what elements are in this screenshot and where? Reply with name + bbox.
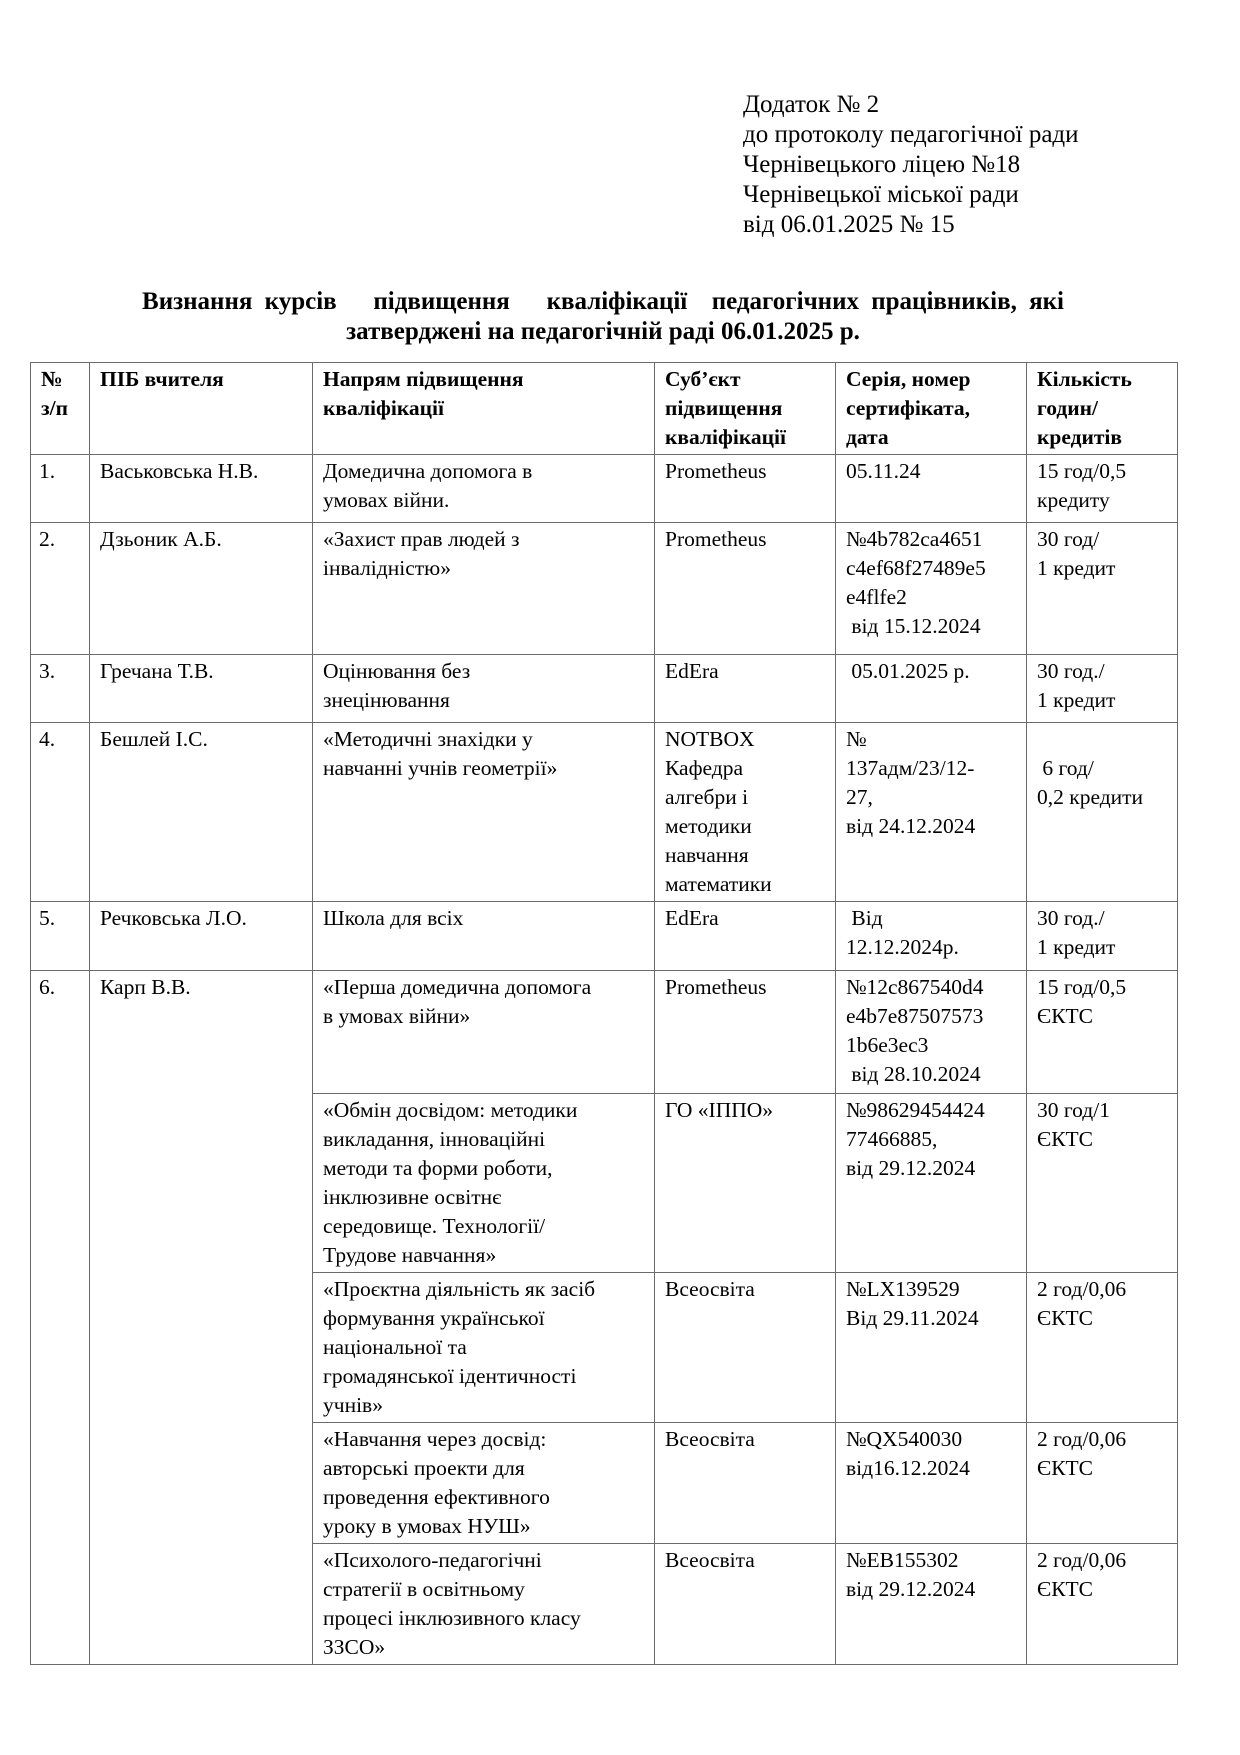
header-provider: Суб’єктпідвищеннякваліфікації — [655, 363, 836, 455]
cell-direction: «Обмін досвідом: методикивикладання, інн… — [313, 1094, 655, 1273]
cell-line: від 29.12.2024 — [846, 1575, 1016, 1604]
cell-line: «Проєктна діяльність як засіб — [323, 1275, 644, 1304]
cell-line: №LX139529 — [846, 1275, 1016, 1304]
cell-direction: «Навчання через досвід:авторські проекти… — [313, 1423, 655, 1544]
cell-line: №QX540030 — [846, 1425, 1016, 1454]
cell-line: № — [41, 365, 79, 394]
cell-line: Школа для всіх — [323, 904, 644, 933]
cell-line: Напрям підвищення — [323, 365, 644, 394]
cell-line: NOTBOX — [665, 725, 825, 754]
cell-teacher: Гречана Т.В. — [90, 655, 313, 723]
cell-direction: «Проєктна діяльність як засібформування … — [313, 1273, 655, 1423]
courses-table: №з/п ПІБ вчителя Напрям підвищеннякваліф… — [30, 362, 1178, 1665]
cell-line: 30 год./ — [1037, 657, 1167, 686]
cell-line: 77466885, — [846, 1125, 1016, 1154]
cell-line: №EB155302 — [846, 1546, 1016, 1575]
cell-line: 30 год./ — [1037, 904, 1167, 933]
cell-line: методики — [665, 812, 825, 841]
cell-line: знецінювання — [323, 686, 644, 715]
cell-num: 5. — [31, 902, 90, 971]
cell-line: 1 кредит — [1037, 686, 1167, 715]
cell-line: 1b6e3ec3 — [846, 1031, 1016, 1060]
cell-num: 6. — [31, 971, 90, 1665]
cell-line: «Перша домедична допомога — [323, 973, 644, 1002]
cell-line: «Методичні знахідки у — [323, 725, 644, 754]
cell-line: викладання, інноваційні — [323, 1125, 644, 1154]
cell-line: 137адм/23/12- — [846, 754, 1016, 783]
cell-line: 30 год/ — [1037, 525, 1167, 554]
cell-line: EdEra — [665, 904, 825, 933]
cell-line: від 28.10.2024 — [846, 1060, 1016, 1089]
cell-line: від 29.12.2024 — [846, 1154, 1016, 1183]
cell-line: № — [846, 725, 1016, 754]
cell-num: 2. — [31, 523, 90, 655]
cell-line: національної та — [323, 1333, 644, 1362]
cell-certificate: 05.01.2025 р. — [836, 655, 1027, 723]
cell-line: кваліфікації — [323, 394, 644, 423]
cell-line: Трудове навчання» — [323, 1241, 644, 1270]
cell-line: алгебри і — [665, 783, 825, 812]
addendum-header: Додаток № 2 до протоколу педагогічної ра… — [743, 90, 1079, 240]
table-header-row: №з/п ПІБ вчителя Напрям підвищеннякваліф… — [31, 363, 1178, 455]
cell-line: в умовах війни» — [323, 1002, 644, 1031]
cell-line: Всеосвіта — [665, 1546, 825, 1575]
cell-line: ЄКТС — [1037, 1575, 1167, 1604]
cell-hours: 2 год/0,06ЄКТС — [1027, 1423, 1178, 1544]
cell-num: 4. — [31, 723, 90, 902]
title-line-2: затверджені на педагогічній раді 06.01.2… — [30, 317, 1176, 347]
cell-line: процесі інклюзивного класу — [323, 1604, 644, 1633]
cell-teacher: Речковська Л.О. — [90, 902, 313, 971]
cell-line: №98629454424 — [846, 1096, 1016, 1125]
cell-line: 30 год/1 — [1037, 1096, 1167, 1125]
header-direction: Напрям підвищеннякваліфікації — [313, 363, 655, 455]
cell-line: Від — [846, 904, 1016, 933]
cell-line: інвалідністю» — [323, 554, 644, 583]
cell-line: кваліфікації — [665, 423, 825, 452]
cell-line: Суб’єкт — [665, 365, 825, 394]
cell-provider: NOTBOXКафедраалгебри іметодикинавчанняма… — [655, 723, 836, 902]
cell-line: 2 год/0,06 — [1037, 1425, 1167, 1454]
cell-hours: 15 год/0,5кредиту — [1027, 455, 1178, 523]
table-row: 2.Дзьоник А.Б.«Захист прав людей зінвалі… — [31, 523, 1178, 655]
title-line-1: Визнання курсів підвищення кваліфікації … — [30, 287, 1176, 317]
cell-line: Кафедра — [665, 754, 825, 783]
addendum-line: до протоколу педагогічної ради — [743, 120, 1079, 150]
cell-line: EdEra — [665, 657, 825, 686]
table-row: 6.Карп В.В.«Перша домедична допомогав ум… — [31, 971, 1178, 1094]
document-title: Визнання курсів підвищення кваліфікації … — [30, 287, 1176, 347]
cell-provider: EdEra — [655, 655, 836, 723]
table-row: 5.Речковська Л.О.Школа для всіхEdEra Від… — [31, 902, 1178, 971]
cell-line: формування української — [323, 1304, 644, 1333]
cell-hours: 2 год/0,06ЄКТС — [1027, 1273, 1178, 1423]
cell-hours: 30 год/1 кредит — [1027, 523, 1178, 655]
cell-hours: 30 год./1 кредит — [1027, 655, 1178, 723]
cell-line: годин/ — [1037, 394, 1167, 423]
table-row: 1.Васьковська Н.В.Домедична допомога вум… — [31, 455, 1178, 523]
cell-hours: 6 год/0,2 кредити — [1027, 723, 1178, 902]
cell-line: авторські проекти для — [323, 1454, 644, 1483]
cell-line: Prometheus — [665, 525, 825, 554]
cell-certificate: №EB155302від 29.12.2024 — [836, 1544, 1027, 1665]
cell-line: 15 год/0,5 — [1037, 973, 1167, 1002]
cell-provider: Prometheus — [655, 523, 836, 655]
cell-direction: «Перша домедична допомогав умовах війни» — [313, 971, 655, 1094]
cell-teacher: Карп В.В. — [90, 971, 313, 1665]
cell-num: 3. — [31, 655, 90, 723]
cell-line: 6 год/ — [1037, 754, 1167, 783]
cell-provider: ГО «ІППО» — [655, 1094, 836, 1273]
table-body: 1.Васьковська Н.В.Домедична допомога вум… — [31, 455, 1178, 1665]
cell-hours: 30 год/1ЄКТС — [1027, 1094, 1178, 1273]
table-row: 4.Бешлей І.С.«Методичні знахідки унавчан… — [31, 723, 1178, 902]
cell-line: 2 год/0,06 — [1037, 1275, 1167, 1304]
cell-line: ЄКТС — [1037, 1454, 1167, 1483]
cell-hours: 2 год/0,06ЄКТС — [1027, 1544, 1178, 1665]
cell-line: 1 кредит — [1037, 933, 1167, 962]
cell-line: ЄКТС — [1037, 1002, 1167, 1031]
cell-certificate: Від12.12.2024р. — [836, 902, 1027, 971]
cell-line — [1037, 725, 1167, 754]
cell-line: від16.12.2024 — [846, 1454, 1016, 1483]
cell-line: «Навчання через досвід: — [323, 1425, 644, 1454]
cell-line: від 24.12.2024 — [846, 812, 1016, 841]
cell-line: 2 год/0,06 — [1037, 1546, 1167, 1575]
cell-line: «Психолого-педагогічні — [323, 1546, 644, 1575]
cell-line: громадянської ідентичності — [323, 1362, 644, 1391]
cell-provider: Prometheus — [655, 971, 836, 1094]
cell-line: дата — [846, 423, 1016, 452]
cell-line: проведення ефективного — [323, 1483, 644, 1512]
cell-certificate: №137адм/23/12-27,від 24.12.2024 — [836, 723, 1027, 902]
header-num: №з/п — [31, 363, 90, 455]
cell-line: стратегії в освітньому — [323, 1575, 644, 1604]
cell-line: «Обмін досвідом: методики — [323, 1096, 644, 1125]
cell-direction: «Методичні знахідки унавчанні учнів геом… — [313, 723, 655, 902]
cell-direction: Оцінювання беззнецінювання — [313, 655, 655, 723]
cell-provider: Всеосвіта — [655, 1423, 836, 1544]
cell-teacher: Васьковська Н.В. — [90, 455, 313, 523]
cell-line: середовище. Технології/ — [323, 1212, 644, 1241]
cell-certificate: №12c867540d4e4b7e875075731b6e3ec3 від 28… — [836, 971, 1027, 1094]
cell-line: методи та форми роботи, — [323, 1154, 644, 1183]
cell-line: навчання — [665, 841, 825, 870]
cell-line: c4ef68f27489e5 — [846, 554, 1016, 583]
cell-line: Оцінювання без — [323, 657, 644, 686]
cell-line: №12c867540d4 — [846, 973, 1016, 1002]
cell-line: Домедична допомога в — [323, 457, 644, 486]
cell-line: 1 кредит — [1037, 554, 1167, 583]
cell-line: Кількість — [1037, 365, 1167, 394]
cell-line: 12.12.2024р. — [846, 933, 1016, 962]
cell-certificate: №LX139529Від 29.11.2024 — [836, 1273, 1027, 1423]
cell-provider: Всеосвіта — [655, 1273, 836, 1423]
cell-line: e4flfe2 — [846, 583, 1016, 612]
cell-line: 15 год/0,5 — [1037, 457, 1167, 486]
cell-line: Серія, номер — [846, 365, 1016, 394]
cell-line: сертифіката, — [846, 394, 1016, 423]
cell-provider: Всеосвіта — [655, 1544, 836, 1665]
cell-line: кредиту — [1037, 486, 1167, 515]
cell-teacher: Бешлей І.С. — [90, 723, 313, 902]
cell-line: 27, — [846, 783, 1016, 812]
cell-line: математики — [665, 870, 825, 899]
addendum-line: від 06.01.2025 № 15 — [743, 210, 1079, 240]
cell-line: з/п — [41, 394, 79, 423]
cell-hours: 30 год./1 кредит — [1027, 902, 1178, 971]
cell-line: навчанні учнів геометрії» — [323, 754, 644, 783]
cell-line: інклюзивне освітнє — [323, 1183, 644, 1212]
cell-line: Prometheus — [665, 973, 825, 1002]
cell-line: ЗЗСО» — [323, 1633, 644, 1662]
cell-line: ГО «ІППО» — [665, 1096, 825, 1125]
cell-line: ЄКТС — [1037, 1125, 1167, 1154]
cell-num: 1. — [31, 455, 90, 523]
cell-line: 05.11.24 — [846, 457, 1016, 486]
header-hours: Кількістьгодин/кредитів — [1027, 363, 1178, 455]
cell-direction: «Психолого-педагогічністратегії в освітн… — [313, 1544, 655, 1665]
cell-direction: Домедична допомога вумовах війни. — [313, 455, 655, 523]
cell-line: ЄКТС — [1037, 1304, 1167, 1333]
cell-certificate: №QX540030від16.12.2024 — [836, 1423, 1027, 1544]
cell-hours: 15 год/0,5ЄКТС — [1027, 971, 1178, 1094]
cell-line: Від 29.11.2024 — [846, 1304, 1016, 1333]
header-teacher: ПІБ вчителя — [90, 363, 313, 455]
cell-line: умовах війни. — [323, 486, 644, 515]
cell-line: №4b782ca4651 — [846, 525, 1016, 554]
addendum-line: Додаток № 2 — [743, 90, 1079, 120]
cell-line: підвищення — [665, 394, 825, 423]
cell-line: Всеосвіта — [665, 1275, 825, 1304]
cell-certificate: №9862945442477466885,від 29.12.2024 — [836, 1094, 1027, 1273]
cell-line: «Захист прав людей з — [323, 525, 644, 554]
addendum-line: Чернівецького ліцею №18 — [743, 150, 1079, 180]
cell-line: 0,2 кредити — [1037, 783, 1167, 812]
cell-direction: Школа для всіх — [313, 902, 655, 971]
cell-certificate: №4b782ca4651c4ef68f27489e5e4flfe2 від 15… — [836, 523, 1027, 655]
cell-line: учнів» — [323, 1391, 644, 1420]
cell-direction: «Захист прав людей зінвалідністю» — [313, 523, 655, 655]
cell-line: кредитів — [1037, 423, 1167, 452]
cell-provider: Prometheus — [655, 455, 836, 523]
cell-line: уроку в умовах НУШ» — [323, 1512, 644, 1541]
addendum-line: Чернівецької міської ради — [743, 180, 1079, 210]
cell-line: Всеосвіта — [665, 1425, 825, 1454]
cell-line: e4b7e87507573 — [846, 1002, 1016, 1031]
table-row: 3.Гречана Т.В.Оцінювання беззнецінювання… — [31, 655, 1178, 723]
cell-line: 05.01.2025 р. — [846, 657, 1016, 686]
cell-line: Prometheus — [665, 457, 825, 486]
cell-line: ПІБ вчителя — [100, 365, 302, 394]
cell-line: від 15.12.2024 — [846, 612, 1016, 641]
cell-teacher: Дзьоник А.Б. — [90, 523, 313, 655]
header-certificate: Серія, номерсертифіката,дата — [836, 363, 1027, 455]
cell-certificate: 05.11.24 — [836, 455, 1027, 523]
cell-provider: EdEra — [655, 902, 836, 971]
